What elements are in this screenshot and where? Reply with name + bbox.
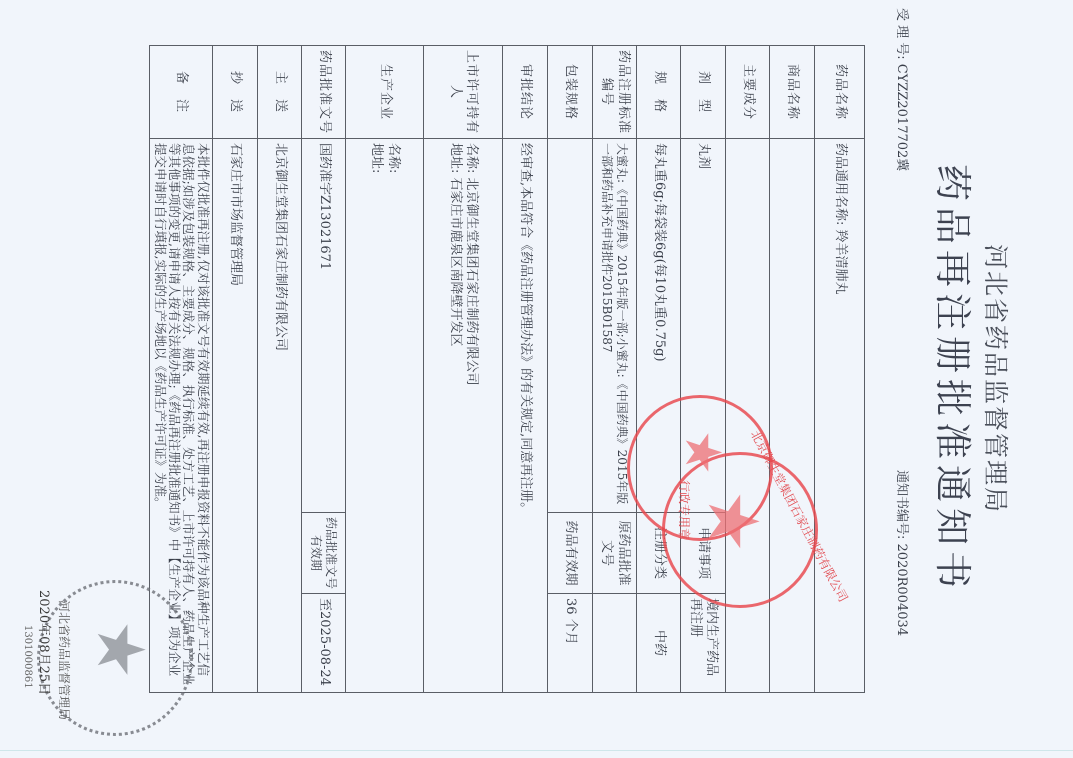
agency-seal-code: 1301000861	[22, 625, 33, 689]
sub-value: 至2025-08-24	[302, 594, 346, 693]
table-row: 规 格 每丸重6g;每袋装6g(每10丸重0.75g) 注册分类 中药	[637, 46, 681, 693]
row-value: 国药准字Z13021671	[302, 139, 346, 513]
table-row: 抄 送 石家庄市市场监督管理局	[213, 46, 258, 693]
holder-name: 名称: 北京御生堂集团石家庄制药有限公司	[463, 143, 479, 688]
row-label: 主 送	[258, 46, 302, 139]
manufacturer-name: 名称:	[385, 143, 401, 688]
issue-date: 2020年08月25日	[36, 590, 55, 695]
agency-seal-text: 河北省药品监督管理局	[56, 600, 73, 720]
row-label: 包装规格	[548, 46, 593, 139]
sub-label: 原药品批准文号	[593, 513, 637, 594]
table-row: 生产企业 名称: 地址:	[346, 46, 424, 693]
sub-value: 境内生产药品再注册	[681, 594, 726, 693]
acceptance-number: 受 理 号: CYZZ2017702冀	[894, 8, 913, 171]
row-label: 上市许可持有人	[424, 46, 503, 139]
notice-value: 2020R004034	[894, 544, 909, 637]
table-row: 审批结论 经审查,本品符合《药品注册管理办法》的有关规定,同意再注册。	[503, 46, 548, 693]
seal-star-icon-2: ★	[678, 430, 728, 475]
sub-label: 药品有效期	[548, 513, 593, 594]
row-value: 药品通用名称: 羚羊清肺丸	[815, 139, 865, 693]
row-value	[548, 139, 593, 513]
row-label: 药品批准文号	[302, 46, 346, 139]
row-label: 审批结论	[503, 46, 548, 139]
scan-edge-line	[0, 750, 1073, 751]
seal-star-icon: ★	[698, 490, 768, 553]
row-value: 名称: 地址:	[346, 139, 424, 693]
row-value	[770, 139, 815, 693]
table-row: 包装规格 药品有效期 36 个月	[548, 46, 593, 693]
sub-value	[593, 594, 637, 693]
row-value: 名称: 北京御生堂集团石家庄制药有限公司 地址: 石家庄市鹿泉区南降壁开发区	[424, 139, 503, 693]
document-title: 药品再注册批准通知书	[929, 0, 983, 758]
row-value: 石家庄市市场监督管理局	[213, 139, 258, 693]
manufacturer-address: 地址:	[368, 143, 384, 688]
table-row: 上市许可持有人 名称: 北京御生堂集团石家庄制药有限公司 地址: 石家庄市鹿泉区…	[424, 46, 503, 693]
row-label: 药品名称	[815, 46, 865, 139]
table-row: 主 送 北京御生堂集团石家庄制药有限公司	[258, 46, 302, 693]
acceptance-value: CYZZ2017702冀	[894, 64, 909, 172]
acceptance-label: 受 理 号:	[894, 8, 909, 60]
row-label: 主要成分	[726, 46, 770, 139]
row-label: 药品注册标准编号	[593, 46, 637, 139]
row-label: 备 注	[150, 46, 213, 139]
row-label: 商品名称	[770, 46, 815, 139]
row-label: 剂 型	[681, 46, 726, 139]
sub-label: 药品批准文号有效期	[302, 513, 346, 594]
document-page: 河北省药品监督管理局 药品再注册批准通知书 受 理 号: CYZZ2017702…	[0, 0, 1073, 758]
notice-label: 通知书编号:	[894, 470, 909, 539]
issuing-agency: 河北省药品监督管理局	[979, 0, 1015, 758]
sub-value: 中药	[637, 594, 681, 693]
holder-address: 地址: 石家庄市鹿泉区南降壁开发区	[447, 143, 463, 688]
sub-value: 36 个月	[548, 594, 593, 693]
company-seal-subtext: 行政专用章	[676, 480, 693, 540]
row-label: 抄 送	[213, 46, 258, 139]
table-row: 药品注册标准编号 大蜜丸:《中国药典》2015年版一部;小蜜丸:《中国药典》20…	[593, 46, 637, 693]
row-value: 北京御生堂集团石家庄制药有限公司	[258, 139, 302, 693]
table-row: 药品批准文号 国药准字Z13021671 药品批准文号有效期 至2025-08-…	[302, 46, 346, 693]
notice-number: 通知书编号: 2020R004034	[894, 470, 913, 636]
row-label: 规 格	[637, 46, 681, 139]
agency-seal-star-icon: ★	[87, 620, 153, 679]
row-label: 生产企业	[346, 46, 424, 139]
row-value: 经审查,本品符合《药品注册管理办法》的有关规定,同意再注册。	[503, 139, 548, 693]
